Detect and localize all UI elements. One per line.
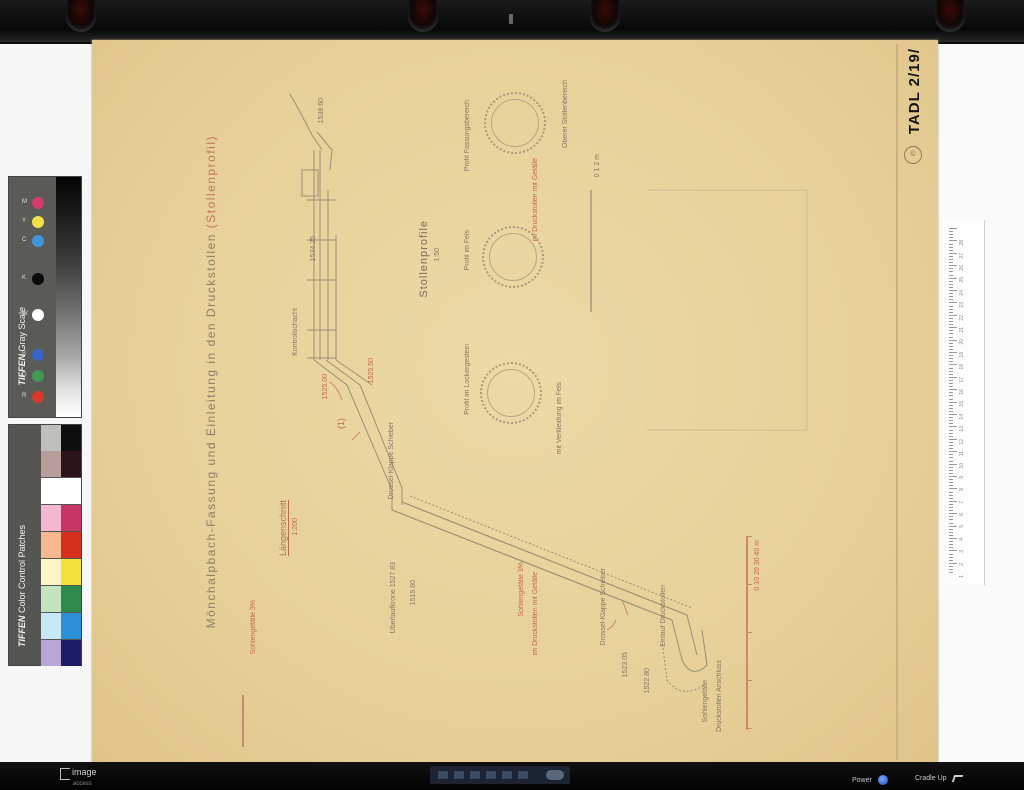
longitudinal-heading: Längenschnitt — [278, 500, 288, 556]
ruler-tick — [949, 560, 953, 561]
ruler-tick — [949, 293, 953, 294]
ruler-tick — [949, 557, 953, 558]
cyan-dot-icon — [32, 235, 44, 247]
ruler-tick — [949, 569, 953, 570]
ruler-number: 3 — [959, 550, 965, 553]
toggle-switch[interactable] — [546, 770, 564, 780]
ruler-tick — [949, 361, 953, 362]
ruler-number: 5 — [959, 525, 965, 528]
power-button[interactable]: Power — [852, 775, 888, 785]
gray-scale-calibration-card: TIFFEN Gray Scale M Y C K W B G R — [8, 176, 82, 418]
ruler-tick — [949, 275, 953, 276]
ruler-tick — [949, 457, 953, 458]
ruler-tick — [949, 374, 953, 375]
ruler-tick — [949, 389, 957, 390]
ruler-tick — [949, 532, 953, 533]
ruler-number: 25 — [959, 277, 965, 283]
dot-label: Y — [22, 218, 26, 224]
power-icon — [878, 775, 888, 785]
lower-elevation-a: 1523.05 — [622, 652, 629, 677]
ruler-tick — [949, 563, 957, 564]
color-patch — [61, 532, 81, 558]
ruler-tick — [949, 349, 953, 350]
color-patch — [41, 613, 61, 639]
ruler-tick — [949, 492, 953, 493]
ruler-tick — [949, 306, 953, 307]
ruler-tick — [949, 535, 953, 536]
ruler-tick — [949, 265, 957, 266]
cradle-up-icon — [951, 775, 963, 782]
lower-elevation-b: 1522.80 — [644, 668, 651, 693]
ruler-tick — [949, 423, 953, 424]
logo-frame-icon — [60, 768, 70, 780]
profile-dim-red: im Druckstollen mit Gefälle — [532, 158, 539, 241]
side-note: Oberer Stollenbereich — [562, 80, 569, 148]
ruler-number: 24 — [959, 290, 965, 296]
ruler-tick — [949, 240, 957, 241]
ruler-tick — [949, 399, 953, 400]
ruler-tick — [949, 485, 953, 486]
dot-label: C — [22, 237, 26, 243]
image-access-logo: image access — [60, 768, 97, 788]
ruler-tick — [949, 566, 953, 567]
overflow-label: Überlaufkrone 1527.83 — [390, 562, 397, 633]
ruler-tick — [949, 302, 957, 303]
ruler-tick — [949, 442, 953, 443]
ruler-number: 15 — [959, 401, 965, 407]
ruler-tick — [949, 234, 953, 235]
color-patch — [41, 451, 61, 477]
color-patch — [41, 478, 81, 504]
color-patch — [61, 613, 81, 639]
tunnel-profile-circle-3 — [480, 362, 542, 424]
green-dot-icon — [32, 370, 44, 382]
ruler-tick — [949, 467, 953, 468]
ruler-tick — [949, 244, 953, 245]
ruler-tick — [949, 386, 953, 387]
ruler-tick — [949, 343, 953, 344]
ruler-tick — [949, 318, 953, 319]
color-patch — [61, 559, 81, 585]
power-label: Power — [852, 777, 872, 784]
ruler-tick — [949, 411, 953, 412]
longitudinal-scale-label: 0 10 20 30 40 m — [754, 540, 761, 591]
ruler-tick — [949, 284, 953, 285]
ruler-tick — [949, 296, 953, 297]
dot-label: M — [22, 199, 27, 205]
center-mark — [509, 14, 513, 24]
ruler-tick — [949, 278, 957, 279]
ruler-tick — [949, 414, 957, 415]
ruler-tick — [949, 482, 953, 483]
ruler-tick — [949, 408, 953, 409]
ruler-tick — [949, 488, 957, 489]
clamp-icon — [66, 0, 96, 32]
color-patch — [61, 640, 81, 666]
valve-note: Drossel-Klappe Schieber — [388, 422, 395, 499]
inspection-shaft-label: Kontrollschacht — [292, 308, 299, 356]
ruler-tick — [949, 324, 953, 325]
ruler-tick — [949, 402, 957, 403]
ruler-tick — [949, 377, 957, 378]
clamp-icon — [935, 0, 965, 32]
profiles-scale: 1:50 — [434, 248, 441, 262]
ruler-tick — [949, 380, 953, 381]
ruler-tick — [949, 321, 953, 322]
profile-scale-bar — [590, 190, 592, 312]
ruler-tick — [949, 476, 957, 477]
ruler-tick — [949, 247, 953, 248]
ruler-tick — [949, 327, 957, 328]
ruler-tick — [949, 547, 953, 548]
dot-label: W — [22, 311, 28, 317]
scanner-top-bar — [0, 0, 1024, 42]
ruler-number: 11 — [959, 451, 965, 456]
grade-point-label: 1519.60 — [410, 580, 417, 605]
cradle-up-button[interactable]: Cradle Up — [915, 775, 962, 782]
ruler-tick — [949, 550, 957, 551]
ruler-number: 16 — [959, 389, 965, 395]
color-patch — [41, 532, 61, 558]
black-dot-icon — [32, 273, 44, 285]
profile-a-note: Profil im Fels — [464, 230, 471, 270]
color-patch — [61, 586, 81, 612]
ruler-tick — [949, 405, 953, 406]
color-patch — [41, 640, 61, 666]
ruler-tick — [949, 430, 953, 431]
ruler-tick — [949, 426, 957, 427]
ruler-tick — [949, 358, 953, 359]
ruler-tick — [949, 337, 953, 338]
ruler-number: 13 — [959, 426, 965, 432]
tool-button[interactable] — [454, 771, 464, 779]
thumbnail-controls-panel[interactable] — [430, 766, 570, 784]
ruler-tick — [949, 237, 953, 238]
left-red-scale-bar — [242, 695, 244, 747]
color-patch — [41, 425, 61, 451]
ruler-tick — [949, 538, 957, 539]
red-dot-icon — [32, 391, 44, 403]
ruler-number: 10 — [959, 463, 965, 469]
ruler-tick — [949, 259, 953, 260]
ruler-number: 19 — [959, 352, 965, 358]
ruler-tick — [949, 309, 953, 310]
ruler-number: 23 — [959, 302, 965, 308]
magenta-dot-icon — [32, 197, 44, 209]
ruler-tick — [949, 268, 953, 269]
ruler-tick — [949, 445, 953, 446]
tool-button[interactable] — [470, 771, 480, 779]
gray-gradient-strip — [56, 177, 81, 417]
ruler-tick — [949, 231, 953, 232]
ruler-number: 4 — [959, 538, 965, 541]
ruler-number: 18 — [959, 364, 965, 370]
clamp-icon — [408, 0, 438, 32]
measuring-ruler: 1234567891011121314151617181920212223242… — [945, 220, 985, 585]
ruler-tick — [949, 346, 953, 347]
ruler-tick — [949, 519, 953, 520]
longitudinal-scale-bar — [746, 536, 748, 730]
dot-label: B — [22, 351, 26, 357]
white-dot-icon — [32, 309, 44, 321]
elevation-c: 1525.50 — [368, 358, 375, 383]
color-patch — [41, 559, 61, 585]
tool-button[interactable] — [518, 771, 528, 779]
color-patch — [41, 505, 61, 531]
ruler-number: 1 — [959, 575, 965, 578]
ruler-tick — [949, 572, 953, 573]
ruler-number: 17 — [959, 377, 965, 383]
ruler-tick — [949, 392, 953, 393]
ruler-tick — [949, 352, 957, 353]
ruler-tick — [949, 454, 953, 455]
ruler-tick — [949, 228, 957, 229]
ruler-tick — [949, 523, 953, 524]
elevation-top: 1538.60 — [318, 98, 325, 123]
ruler-tick — [949, 271, 953, 272]
ruler-number: 14 — [959, 414, 965, 420]
ruler-number: 27 — [959, 253, 965, 259]
ruler-tick — [949, 333, 953, 334]
ruler-tick — [949, 516, 953, 517]
ruler-tick — [949, 340, 957, 341]
color-patch — [41, 586, 61, 612]
yellow-dot-icon — [32, 216, 44, 228]
color-control-patches-card: TIFFEN Color Control Patches — [8, 424, 82, 666]
outlet-label: Einlauf Druckstollen — [660, 585, 667, 647]
color-card-title: TIFFEN Color Control Patches — [17, 525, 27, 647]
profile-c-note: mit Verkleidung im Fels — [556, 382, 563, 454]
section-mark: (1) — [336, 418, 346, 429]
ruler-tick — [949, 501, 957, 502]
color-patch — [61, 425, 81, 451]
scanned-drawing-sheet: TADL 2/19/ © Mönchalpbach-Fassung und Ei… — [92, 40, 938, 766]
grade-note: Sohlengefälle 3% — [518, 562, 525, 617]
color-patch — [61, 505, 81, 531]
blue-dot-icon — [32, 349, 44, 361]
cradle-label: Cradle Up — [915, 775, 947, 782]
tool-button[interactable] — [438, 771, 448, 779]
ruler-tick — [949, 544, 953, 545]
ruler-number: 26 — [959, 265, 965, 271]
tool-button[interactable] — [486, 771, 496, 779]
ruler-tick — [949, 554, 953, 555]
ruler-tick — [949, 498, 953, 499]
profile-b-note: Profil im Lockergestein — [464, 344, 471, 415]
ruler-tick — [949, 250, 953, 251]
mid-grade-mark: im Druckstollen mit Gefälle — [532, 572, 539, 655]
ruler-tick — [949, 470, 953, 471]
elevation-b: 1525.00 — [322, 374, 329, 399]
ruler-tick — [949, 371, 953, 372]
ruler-tick — [949, 504, 953, 505]
ruler-tick — [949, 473, 953, 474]
ruler-tick — [949, 526, 957, 527]
ruler-number: 21 — [959, 327, 965, 333]
dot-label: K — [22, 275, 26, 281]
drossel-note: Drossel-Klappe Schieber — [600, 568, 607, 645]
ruler-number: 8 — [959, 488, 965, 491]
ruler-tick — [949, 330, 953, 331]
ruler-number: 22 — [959, 315, 965, 321]
ruler-tick — [949, 312, 953, 313]
ruler-tick — [949, 368, 953, 369]
profiles-heading: Stollenprofile — [418, 220, 430, 298]
ruler-tick — [949, 364, 957, 365]
dot-label: G — [22, 372, 27, 378]
ruler-tick — [949, 461, 953, 462]
lower-left-note-b: Druckstollen Anschluss — [716, 660, 723, 732]
ruler-tick — [949, 439, 957, 440]
ruler-tick — [949, 290, 957, 291]
ruler-tick — [949, 417, 953, 418]
ruler-tick — [949, 433, 953, 434]
dot-label: R — [22, 393, 26, 399]
ruler-number: 20 — [959, 339, 965, 345]
ruler-tick — [949, 253, 957, 254]
ruler-tick — [949, 436, 953, 437]
ruler-number: 6 — [959, 513, 965, 516]
lower-left-note-a: Sohlengefälle — [702, 680, 709, 722]
ruler-tick — [949, 355, 953, 356]
left-red-note: Sohlengefälle 3% — [250, 600, 257, 655]
ruler-number: 7 — [959, 501, 965, 504]
profile-scale-label: 0 1 2 m — [594, 154, 601, 177]
ruler-tick — [949, 510, 953, 511]
ruler-tick — [949, 451, 957, 452]
ruler-tick — [949, 395, 953, 396]
ruler-tick — [949, 315, 957, 316]
ruler-number: 28 — [959, 240, 965, 246]
ruler-tick — [949, 448, 953, 449]
ruler-tick — [949, 541, 953, 542]
ruler-tick — [949, 287, 953, 288]
ruler-number: 2 — [959, 563, 965, 566]
ruler-tick — [949, 262, 953, 263]
profile-top-note: Profil Fassungsbereich — [464, 100, 471, 171]
longitudinal-scale: 1:200 — [292, 518, 299, 536]
ruler-tick — [949, 256, 953, 257]
ruler-tick — [949, 479, 953, 480]
ruler-tick — [949, 383, 953, 384]
ruler-tick — [949, 281, 953, 282]
ruler-number: 9 — [959, 476, 965, 479]
clamp-icon — [590, 0, 620, 32]
ruler-tick — [949, 529, 953, 530]
ruler-tick — [949, 464, 957, 465]
ruler-tick — [949, 513, 957, 514]
elevation-a: 1534.25 — [310, 236, 317, 261]
tool-button[interactable] — [502, 771, 512, 779]
ruler-tick — [949, 299, 953, 300]
tunnel-profile-circle-1 — [484, 92, 546, 154]
ruler-tick — [949, 507, 953, 508]
ruler-tick — [949, 420, 953, 421]
ruler-tick — [949, 495, 953, 496]
ruler-number: 12 — [959, 439, 965, 445]
color-patch — [61, 451, 81, 477]
